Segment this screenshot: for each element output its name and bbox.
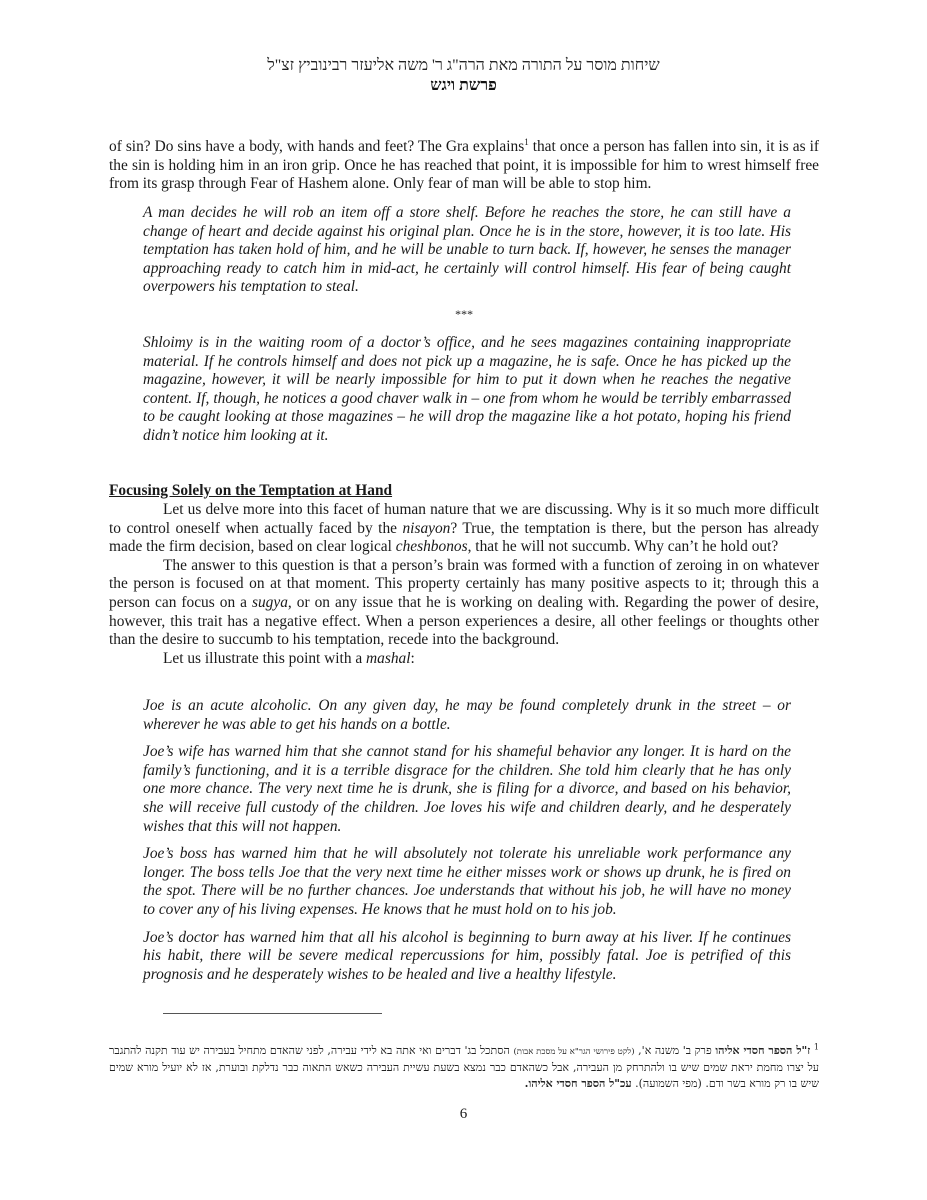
section-paragraph-2: The answer to this question is that a pe… (109, 557, 819, 650)
running-header: שיחות מוסר על התורה מאת הרה"ג ר' משה אלי… (0, 56, 927, 96)
document-page: שיחות מוסר על התורה מאת הרה"ג ר' משה אלי… (0, 0, 927, 1200)
footnote-separator-rule (163, 1013, 382, 1014)
term-mashal: mashal (366, 650, 410, 667)
quote-paragraph: A man decides he will rob an item off a … (143, 204, 791, 297)
section-paragraph-3: Let us illustrate this point with a mash… (109, 650, 819, 669)
quote-paragraph: Shloimy is in the waiting room of a doct… (143, 334, 791, 446)
footnote-end-source: עכ"ל הספר חסדי אליהו. (525, 1077, 632, 1090)
footnote-small-ref: (לקט פירושי הגר"א על מסכת אבות) (513, 1047, 634, 1057)
page-number: 6 (0, 1106, 927, 1123)
footnote-source: ז"ל הספר חסדי אליהו (715, 1044, 810, 1057)
term-sugya: sugya (252, 594, 288, 611)
quote-block-store: A man decides he will rob an item off a … (143, 204, 791, 306)
opening-paragraph: of sin? Do sins have a body, with hands … (109, 138, 819, 194)
term-cheshbonos: cheshbonos (396, 538, 468, 555)
header-parsha: פרשת ויגש (0, 76, 927, 96)
quote-block-magazine: Shloimy is in the waiting room of a doct… (143, 334, 791, 455)
quote-paragraph: Joe’s boss has warned him that he will a… (143, 845, 791, 919)
quote-paragraph: Joe’s doctor has warned him that all his… (143, 929, 791, 985)
quote-block-joe: Joe is an acute alcoholic. On any given … (143, 697, 791, 993)
opening-text-1: of sin? Do sins have a body, with hands … (109, 138, 524, 155)
term-nisayon: nisayon (402, 520, 450, 537)
footnote: 1 ז"ל הספר חסדי אליהו פרק ב' משנה א', (ל… (109, 1043, 819, 1092)
section-paragraph-1: Let us delve more into this facet of hum… (109, 501, 819, 557)
footnote-number: 1 (814, 1042, 819, 1051)
header-title: שיחות מוסר על התורה מאת הרה"ג ר' משה אלי… (0, 56, 927, 76)
section-heading: Focusing Solely on the Temptation at Han… (109, 482, 392, 501)
section-body: Let us delve more into this facet of hum… (109, 501, 819, 668)
section-separator: *** (0, 307, 927, 322)
quote-paragraph: Joe is an acute alcoholic. On any given … (143, 697, 791, 734)
quote-paragraph: Joe’s wife has warned him that she canno… (143, 743, 791, 836)
